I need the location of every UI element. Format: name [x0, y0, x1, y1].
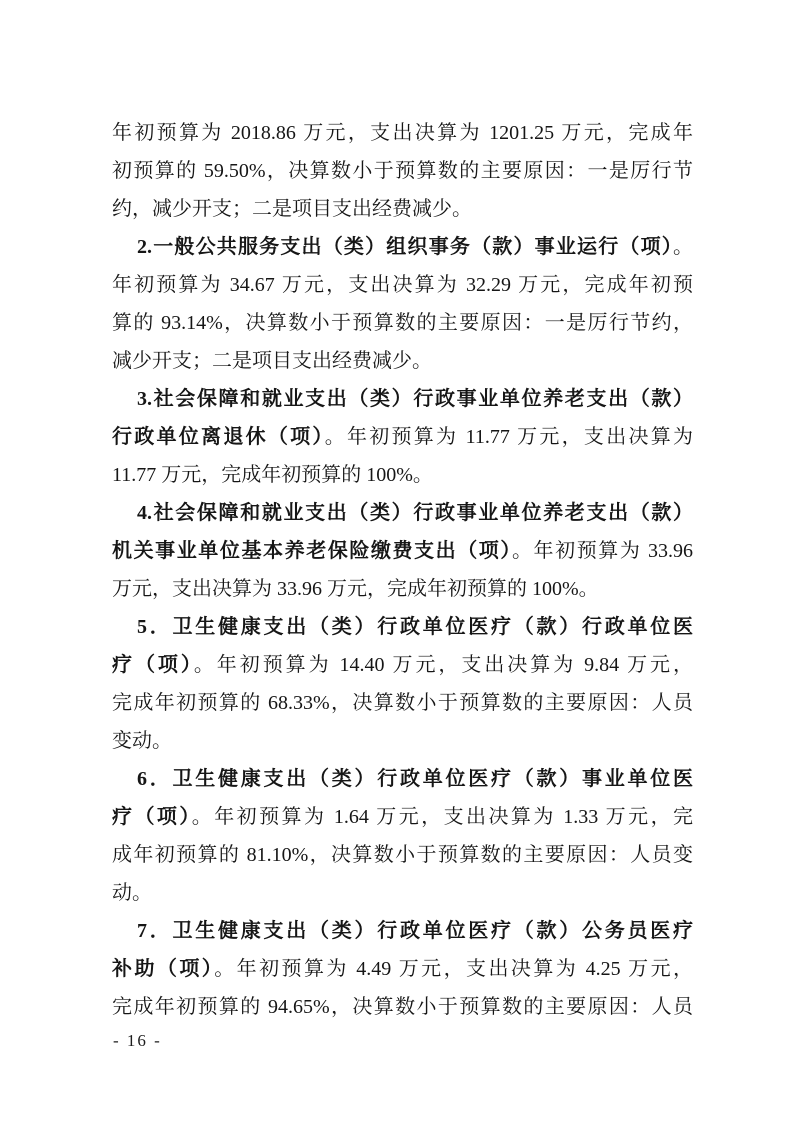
text-line: 完成年初预算的 68.33%，决算数小于预算数的主要原因：人员 [112, 684, 693, 722]
page-number: - 16 - [113, 1031, 162, 1050]
heading-run: 3.社会保障和就业支出（类）行政事业单位养老支出（款） [137, 388, 693, 410]
text-run: 初预算的 59.50%，决算数小于预算数的主要原因：一是厉行节 [112, 160, 693, 182]
paragraph-budget-item-7: 7．卫生健康支出（类）行政单位医疗（款）公务员医疗补助（项）。年初预算为 4.4… [112, 912, 693, 1026]
text-line: 年初预算为 2018.86 万元，支出决算为 1201.25 万元，完成年 [112, 114, 693, 152]
text-line: 约，减少开支；二是项目支出经费减少。 [112, 190, 693, 228]
document-body: 年初预算为 2018.86 万元，支出决算为 1201.25 万元，完成年初预算… [112, 114, 693, 1026]
document-page: 年初预算为 2018.86 万元，支出决算为 1201.25 万元，完成年初预算… [0, 0, 793, 1122]
page-footer: - 16 - [113, 1030, 162, 1052]
paragraph-budget-item-4: 4.社会保障和就业支出（类）行政事业单位养老支出（款）机关事业单位基本养老保险缴… [112, 494, 693, 608]
text-run: 动。 [112, 882, 152, 904]
text-line: 7．卫生健康支出（类）行政单位医疗（款）公务员医疗 [112, 912, 693, 950]
text-run: 年初预算为 2018.86 万元，支出决算为 1201.25 万元，完成年 [112, 122, 693, 144]
text-run: 万元，支出决算为 33.96 万元，完成年初预算的 100%。 [112, 578, 599, 600]
text-line: 算的 93.14%，决算数小于预算数的主要原因：一是厉行节约， [112, 304, 693, 342]
text-line: 6．卫生健康支出（类）行政单位医疗（款）事业单位医 [112, 760, 693, 798]
text-line: 疗（项）。年初预算为 1.64 万元，支出决算为 1.33 万元，完 [112, 798, 693, 836]
heading-run: 4.社会保障和就业支出（类）行政事业单位养老支出（款） [137, 502, 693, 524]
text-run: 。 [673, 236, 693, 258]
heading-run: 6．卫生健康支出（类）行政单位医疗（款）事业单位医 [137, 768, 693, 790]
text-run: 算的 93.14%，决算数小于预算数的主要原因：一是厉行节约， [112, 312, 693, 334]
text-line: 减少开支；二是项目支出经费减少。 [112, 342, 693, 380]
text-line: 补助（项）。年初预算为 4.49 万元，支出决算为 4.25 万元， [112, 950, 693, 988]
text-line: 万元，支出决算为 33.96 万元，完成年初预算的 100%。 [112, 570, 693, 608]
text-run: 成年初预算的 81.10%，决算数小于预算数的主要原因：人员变 [112, 844, 693, 866]
paragraph-budget-item-2: 2.一般公共服务支出（类）组织事务（款）事业运行（项）。年初预算为 34.67 … [112, 228, 693, 380]
text-run: 11.77 万元，完成年初预算的 100%。 [112, 464, 433, 486]
text-line: 3.社会保障和就业支出（类）行政事业单位养老支出（款） [112, 380, 693, 418]
text-run: 完成年初预算的 68.33%，决算数小于预算数的主要原因：人员 [112, 692, 693, 714]
paragraph-budget-item-1-continuation: 年初预算为 2018.86 万元，支出决算为 1201.25 万元，完成年初预算… [112, 114, 693, 228]
text-run: 完成年初预算的 94.65%，决算数小于预算数的主要原因：人员 [112, 996, 693, 1018]
text-run: 。年初预算为 4.49 万元，支出决算为 4.25 万元， [214, 958, 693, 980]
paragraph-budget-item-5: 5．卫生健康支出（类）行政单位医疗（款）行政单位医疗（项）。年初预算为 14.4… [112, 608, 693, 760]
heading-run: 5．卫生健康支出（类）行政单位医疗（款）行政单位医 [137, 616, 693, 638]
heading-run: 7．卫生健康支出（类）行政单位医疗（款）公务员医疗 [137, 920, 693, 942]
text-line: 5．卫生健康支出（类）行政单位医疗（款）行政单位医 [112, 608, 693, 646]
heading-run: 机关事业单位基本养老保险缴费支出（项） [112, 540, 512, 562]
heading-run: 补助（项） [112, 958, 214, 980]
text-line: 行政单位离退休（项）。年初预算为 11.77 万元，支出决算为 [112, 418, 693, 456]
text-line: 年初预算为 34.67 万元，支出决算为 32.29 万元，完成年初预 [112, 266, 693, 304]
text-line: 变动。 [112, 722, 693, 760]
text-run: 约，减少开支；二是项目支出经费减少。 [112, 198, 472, 220]
text-run: 。年初预算为 1.64 万元，支出决算为 1.33 万元，完 [192, 806, 693, 828]
heading-run: 疗（项） [112, 806, 192, 828]
text-run: 。年初预算为 33.96 [512, 540, 693, 562]
text-line: 完成年初预算的 94.65%，决算数小于预算数的主要原因：人员 [112, 988, 693, 1026]
heading-run: 行政单位离退休（项） [112, 426, 325, 448]
text-line: 11.77 万元，完成年初预算的 100%。 [112, 456, 693, 494]
text-run: 。年初预算为 11.77 万元，支出决算为 [325, 426, 693, 448]
text-line: 机关事业单位基本养老保险缴费支出（项）。年初预算为 33.96 [112, 532, 693, 570]
text-line: 2.一般公共服务支出（类）组织事务（款）事业运行（项）。 [112, 228, 693, 266]
heading-run: 疗（项） [112, 654, 194, 676]
paragraph-budget-item-3: 3.社会保障和就业支出（类）行政事业单位养老支出（款）行政单位离退休（项）。年初… [112, 380, 693, 494]
text-run: 年初预算为 34.67 万元，支出决算为 32.29 万元，完成年初预 [112, 274, 693, 296]
text-line: 初预算的 59.50%，决算数小于预算数的主要原因：一是厉行节 [112, 152, 693, 190]
paragraph-budget-item-6: 6．卫生健康支出（类）行政单位医疗（款）事业单位医疗（项）。年初预算为 1.64… [112, 760, 693, 912]
text-run: 减少开支；二是项目支出经费减少。 [112, 350, 432, 372]
heading-run: 2.一般公共服务支出（类）组织事务（款）事业运行（项） [137, 236, 673, 258]
text-line: 成年初预算的 81.10%，决算数小于预算数的主要原因：人员变 [112, 836, 693, 874]
text-line: 动。 [112, 874, 693, 912]
text-line: 疗（项）。年初预算为 14.40 万元，支出决算为 9.84 万元， [112, 646, 693, 684]
text-line: 4.社会保障和就业支出（类）行政事业单位养老支出（款） [112, 494, 693, 532]
text-run: 。年初预算为 14.40 万元，支出决算为 9.84 万元， [194, 654, 693, 676]
text-run: 变动。 [112, 730, 172, 752]
